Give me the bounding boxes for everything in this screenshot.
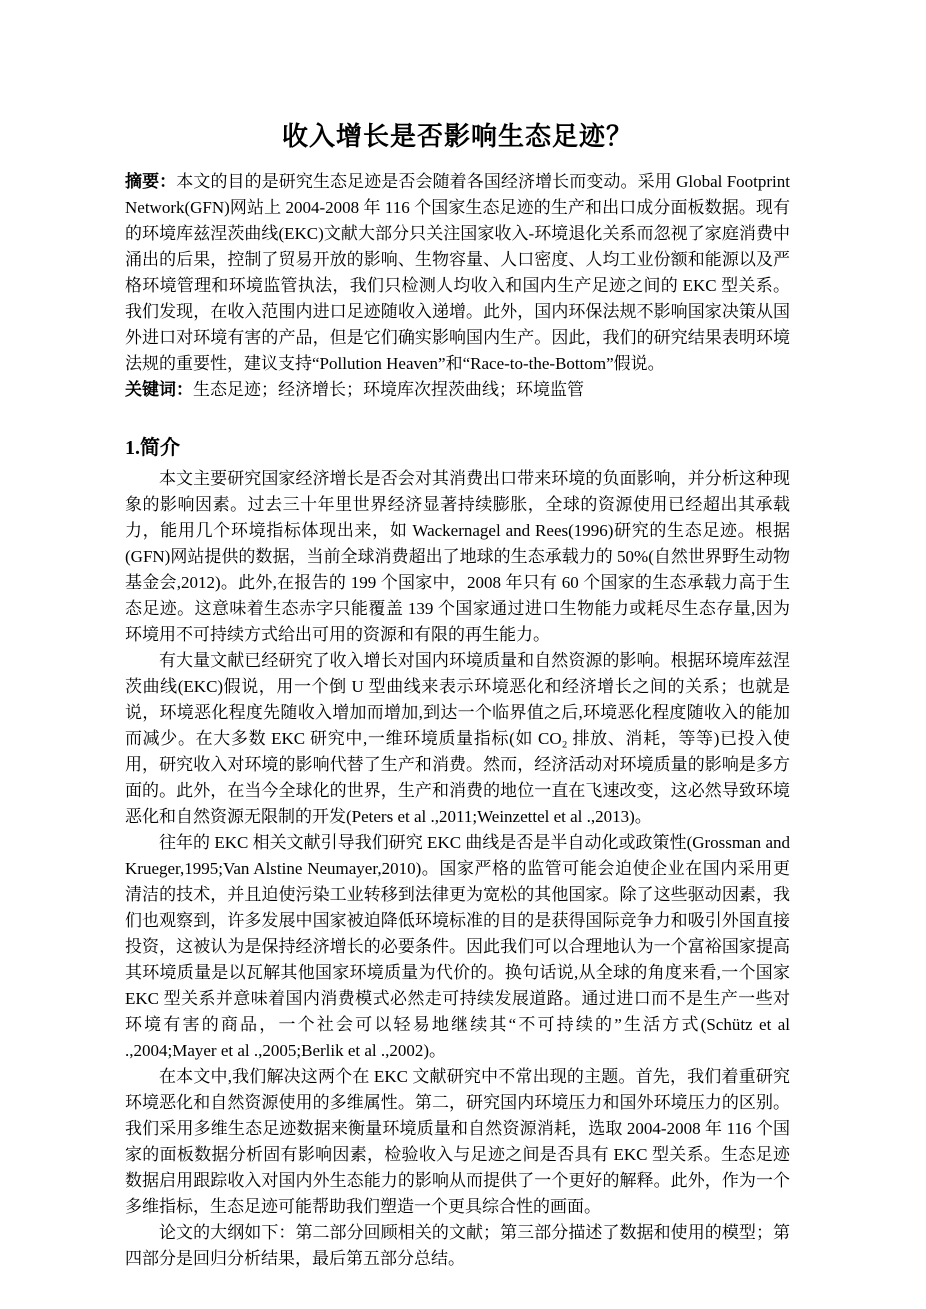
intro-paragraph-4: 在本文中,我们解决这两个在 EKC 文献研究中不常出现的主题。首先，我们着重研究… (125, 1064, 790, 1220)
keywords-text: 生态足迹；经济增长；环境库次捏茨曲线；环境监管 (193, 380, 584, 399)
abstract-text: 本文的目的是研究生态足迹是否会随着各国经济增长而变动。采用 Global Foo… (125, 172, 790, 373)
abstract-paragraph: 摘要：本文的目的是研究生态足迹是否会随着各国经济增长而变动。采用 Global … (125, 169, 790, 377)
document-page: 收入增长是否影响生态足迹？ 摘要：本文的目的是研究生态足迹是否会随着各国经济增长… (0, 0, 926, 1309)
keywords-paragraph: 关键词：生态足迹；经济增长；环境库次捏茨曲线；环境监管 (125, 377, 790, 403)
abstract-label: 摘要： (125, 172, 176, 191)
intro-paragraph-3: 往年的 EKC 相关文献引导我们研究 EKC 曲线是否是半自动化或政策性(Gro… (125, 830, 790, 1064)
intro-paragraph-2: 有大量文献已经研究了收入增长对国内环境质量和自然资源的影响。根据环境库兹涅茨曲线… (125, 648, 790, 830)
paper-title: 收入增长是否影响生态足迹？ (125, 116, 790, 153)
intro-paragraph-1: 本文主要研究国家经济增长是否会对其消费出口带来环境的负面影响，并分析这种现象的影… (125, 466, 790, 648)
section-heading-introduction: 1.简介 (125, 431, 790, 460)
keywords-label: 关键词： (125, 380, 193, 399)
intro-paragraph-5: 论文的大纲如下：第二部分回顾相关的文献；第三部分描述了数据和使用的模型；第四部分… (125, 1220, 790, 1272)
